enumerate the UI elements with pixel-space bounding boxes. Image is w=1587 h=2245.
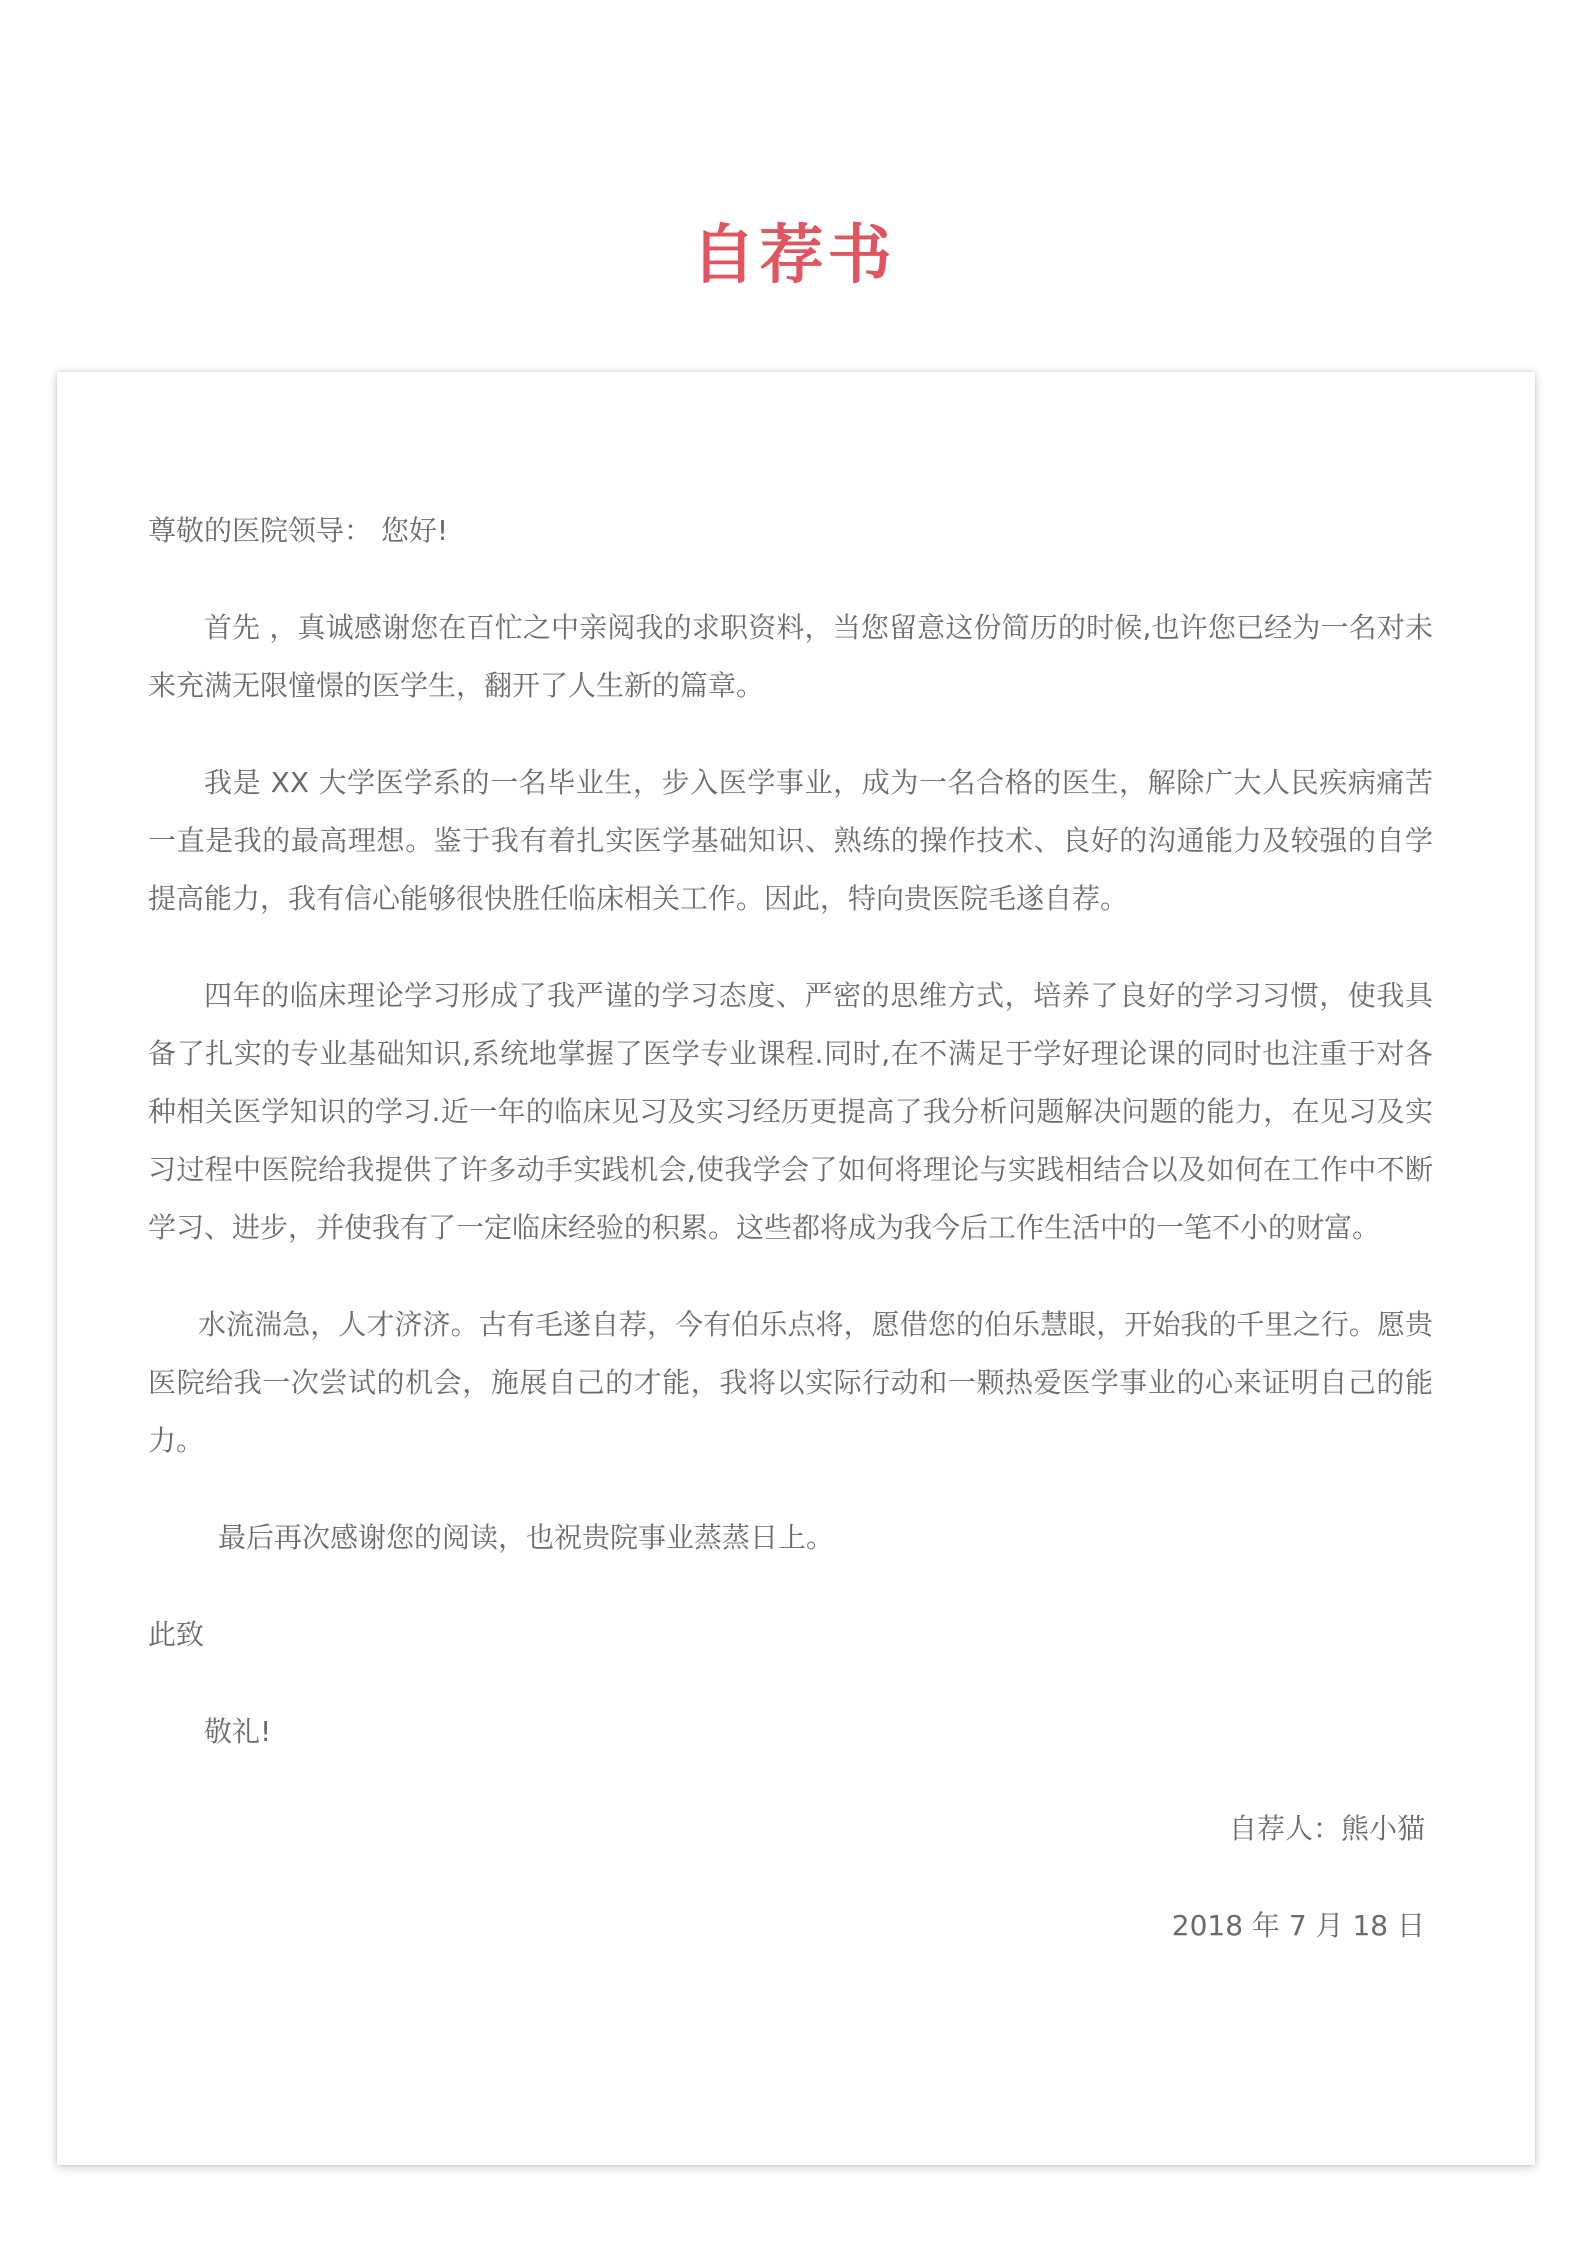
letter-date: 2018 年 7 月 18 日: [148, 1897, 1433, 1955]
signature: 自荐人：熊小猫: [148, 1800, 1433, 1858]
paragraph-experience: 四年的临床理论学习形成了我严谨的学习态度、严密的思维方式，培养了良好的学习习惯，…: [148, 967, 1433, 1257]
paragraph-background: 我是 XX 大学医学系的一名毕业生，步入医学事业，成为一名合格的医生，解除广大人…: [148, 754, 1433, 928]
letter-body: 尊敬的医院领导： 您好! 首先 ，真诚感谢您在百忙之中亲阅我的求职资料，当您留意…: [148, 502, 1433, 1994]
paragraph-request: 水流湍急，人才济济。古有毛遂自荐，今有伯乐点将，愿借您的伯乐慧眼，开始我的千里之…: [148, 1296, 1433, 1470]
closing-salute: 敬礼!: [148, 1703, 1433, 1761]
letter-greeting: 尊敬的医院领导： 您好!: [148, 502, 1433, 560]
paragraph-thanks: 最后再次感谢您的阅读，也祝贵院事业蒸蒸日上。: [148, 1509, 1433, 1567]
closing-regards-to: 此致: [148, 1606, 1433, 1664]
letter-paper: 尊敬的医院领导： 您好! 首先 ，真诚感谢您在百忙之中亲阅我的求职资料，当您留意…: [57, 372, 1535, 2165]
paragraph-introduction: 首先 ，真诚感谢您在百忙之中亲阅我的求职资料，当您留意这份简历的时候,也许您已经…: [148, 599, 1433, 715]
document-title: 自荐书: [0, 212, 1587, 300]
